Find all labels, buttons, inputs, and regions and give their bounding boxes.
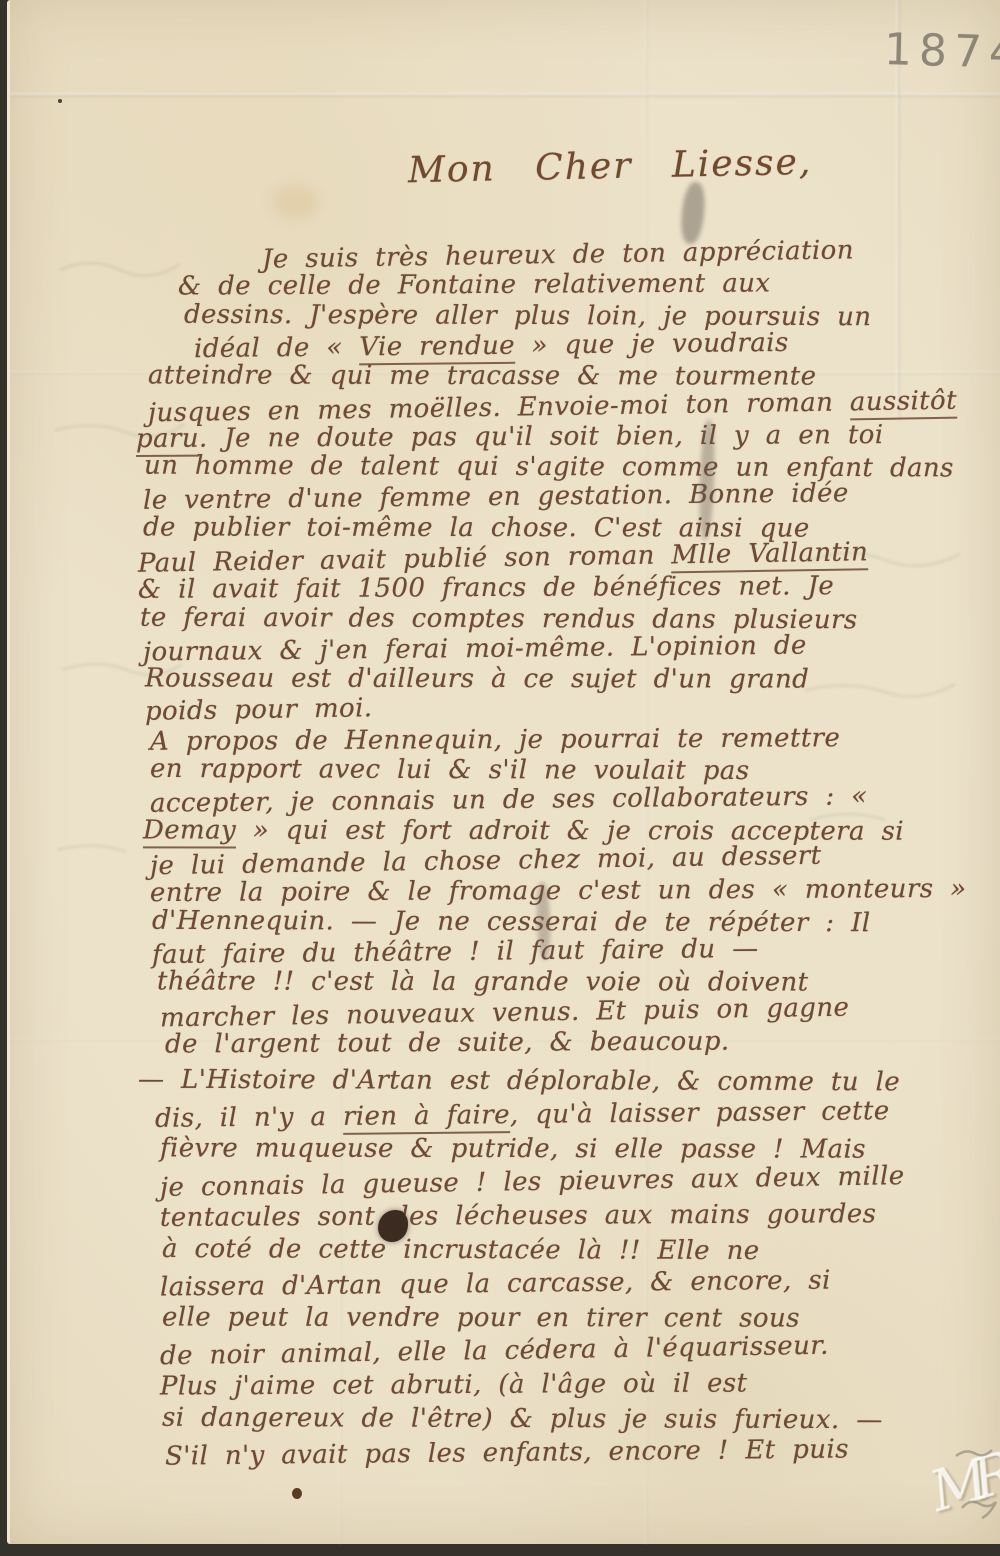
edge-pencil-marks <box>948 1438 1000 1548</box>
letter-line: A propos de Hennequin, je pourrai te rem… <box>150 723 840 757</box>
letter-line: théâtre !! c'est là la grande voie où do… <box>157 967 809 998</box>
letter-line: accepter, je connais un de ses collabora… <box>150 782 868 820</box>
letter-line: de noir animal, elle la cédera à l'équar… <box>160 1331 829 1372</box>
paper-stain <box>273 185 319 219</box>
letter-line: poids pour moi. <box>145 693 373 727</box>
letter-line: laissera d'Artan que la carcasse, & enco… <box>160 1265 831 1302</box>
letter-paper: 1874 Mon Cher Liesse, Je suis très heure… <box>7 0 1000 1544</box>
letter-line: Plus j'aime cet abruti, (à l'âge où il e… <box>160 1369 748 1402</box>
letter-line: S'il n'y avait pas les enfants, encore !… <box>165 1434 849 1471</box>
letter-line: entre la poire & le fromage c'est un des… <box>150 874 967 908</box>
letter-line: te ferai avoir des comptes rendus dans p… <box>140 602 858 635</box>
letter-line: de l'argent tout de suite, & beaucoup. <box>165 1026 730 1059</box>
letter-line: tentacules sont des lécheuses aux mains … <box>160 1199 877 1233</box>
fold-crease-horizontal-top <box>10 93 1000 97</box>
letter-line: elle peut la vendre pour en tirer cent s… <box>162 1302 800 1333</box>
letter-line: en rapport avec lui & s'il ne voulait pa… <box>150 754 750 786</box>
letter-line: fièvre muqueuse & putride, si elle passe… <box>160 1133 866 1164</box>
letter-line: d'Hennequin. — Je ne cesserai de te répé… <box>152 905 871 938</box>
letter-line: faut faire du théâtre ! il faut faire du… <box>152 934 759 970</box>
letter-line: Rousseau est d'ailleurs à ce sujet d'un … <box>145 664 809 695</box>
letter-line: journaux & j'en ferai moi-même. L'opinio… <box>143 630 807 667</box>
year-annotation: 1874 <box>883 24 1000 79</box>
letter-line: & il avait fait 1500 francs de bénéfices… <box>138 571 834 605</box>
letter-line: à coté de cette incrustacée là !! Elle n… <box>162 1234 760 1266</box>
letter-line: je connais la gueuse ! les pieuvres aux … <box>160 1162 905 1204</box>
letter-line: idéal de « Vie rendue » que je voudrais <box>194 328 789 364</box>
letter-line: le ventre d'une femme en gestation. Bonn… <box>143 479 849 516</box>
letter-line: & de celle de Fontaine relativement aux <box>178 269 771 302</box>
ink-smudge-salutation <box>679 181 707 245</box>
letter-line: atteindre & qui me tracasse & me tourmen… <box>148 361 817 392</box>
paper-speck <box>58 99 62 103</box>
letter-line: dessins. J'espère aller plus loin, je po… <box>184 299 872 331</box>
letter-line: paru. Je ne doute pas qu'il soit bien, i… <box>136 420 884 454</box>
letter-line: dis, il n'y a rien à faire, qu'à laisser… <box>155 1096 890 1134</box>
letter-line: — L'Histoire d'Artan est déplorable, & c… <box>138 1065 900 1098</box>
letter-line: si dangereux de l'être) & plus je suis f… <box>162 1403 883 1436</box>
ink-spot-small <box>292 1488 302 1499</box>
salutation-line: Mon Cher Liesse, <box>408 142 813 191</box>
